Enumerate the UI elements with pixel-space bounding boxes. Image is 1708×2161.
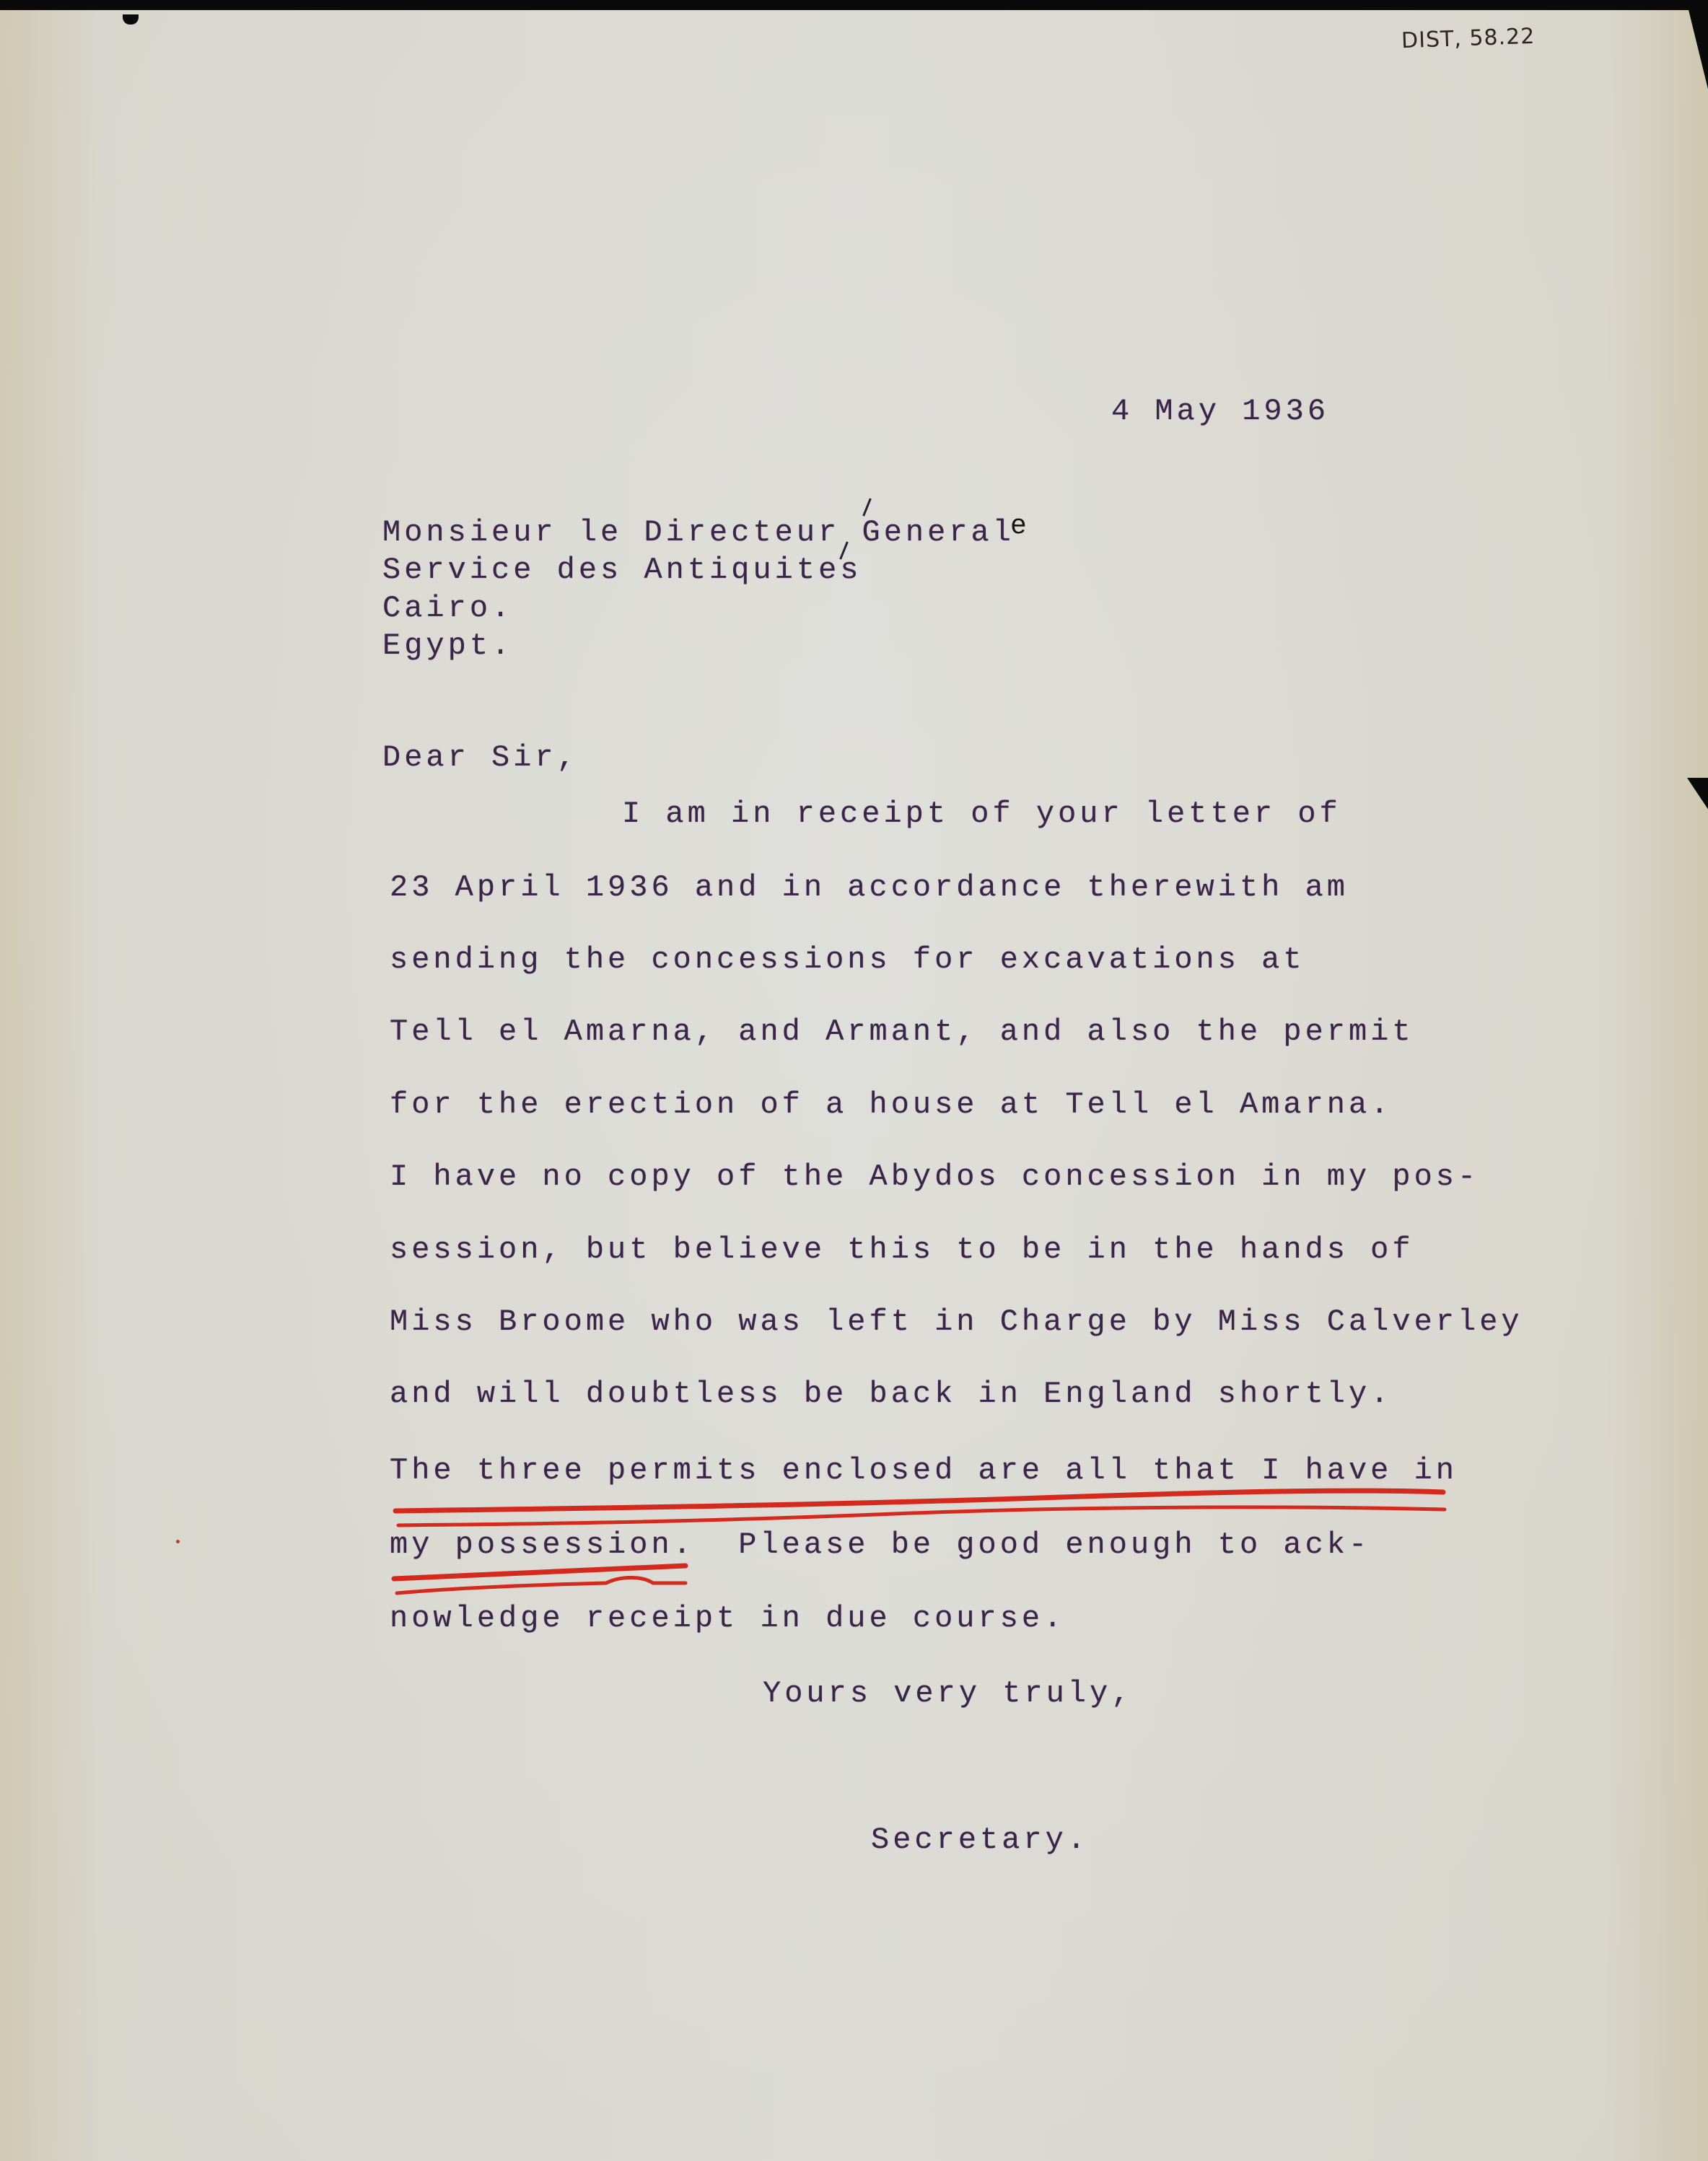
page-tear-top [123,14,139,25]
body-line-7: session, but believe this to be in the h… [390,1235,1414,1265]
letter-page: DIST, 58.22 4 May 1936 Monsieur le Direc… [0,10,1708,2161]
body-line-12: nowledge receipt in due course. [390,1603,1065,1634]
red-pencil-underline-line-11 [390,1559,722,1602]
recipient-line-2: Service des Antiquites [382,555,862,585]
recipient-line-4: Egypt. [382,631,513,661]
letter-date: 4 May 1936 [1111,396,1329,426]
recipient-line-3: Cairo. [382,593,513,623]
page-tear-right [1687,778,1708,821]
archive-reference: DIST, 58.22 [1401,24,1535,53]
body-line-1: I am in receipt of your letter of [622,799,1341,829]
body-line-6: I have no copy of the Abydos concession … [390,1162,1479,1192]
body-line-3: sending the concessions for excavations … [390,944,1305,975]
handwritten-accent-mark [862,498,872,516]
red-pencil-underline-line-10 [390,1482,1472,1533]
handwritten-letter-e: e [1010,511,1027,542]
signature-title: Secretary. [871,1825,1089,1855]
body-line-8: Miss Broome who was left in Charge by Mi… [390,1307,1523,1337]
body-line-2: 23 April 1936 and in accordance therewit… [390,872,1349,903]
closing: Yours very truly, [763,1678,1133,1709]
body-line-9: and will doubtless be back in England sh… [390,1379,1392,1409]
body-line-5: for the erection of a house at Tell el A… [390,1090,1392,1120]
stray-ink-dot [176,1540,180,1543]
body-line-11: my possession. Please be good enough to … [390,1530,1370,1560]
body-line-4: Tell el Amarna, and Armant, and also the… [390,1017,1414,1047]
salutation: Dear Sir, [382,742,579,773]
body-line-10-underlined: The three permits enclosed are all that … [390,1455,1458,1486]
recipient-line-1: Monsieur le Directeur General [382,517,1015,548]
